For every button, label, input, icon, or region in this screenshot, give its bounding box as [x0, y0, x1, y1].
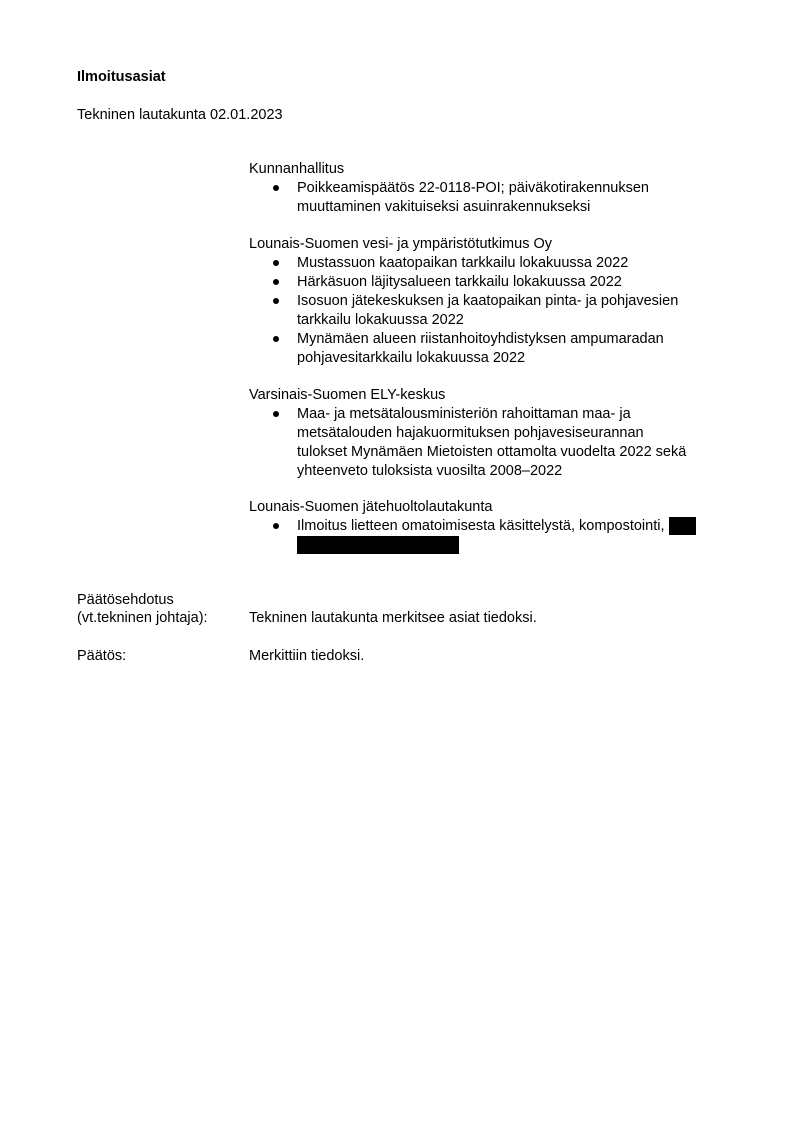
section-kunnanhallitus: Kunnanhallitus Poikkeamispäätös 22-0118-… — [249, 160, 649, 217]
list-item: Poikkeamispäätös 22-0118-POI; päiväkotir… — [249, 179, 649, 217]
redaction-block — [297, 536, 459, 554]
section-title: Kunnanhallitus — [249, 160, 649, 179]
section-title: Varsinais-Suomen ELY-keskus — [249, 386, 686, 405]
meeting-info: Tekninen lautakunta 02.01.2023 — [77, 106, 283, 125]
proposal-label: Päätösehdotus — [77, 591, 174, 610]
bullet-icon — [273, 523, 279, 529]
proposal-text: Tekninen lautakunta merkitsee asiat tied… — [249, 609, 537, 628]
page-title: Ilmoitusasiat — [77, 68, 166, 87]
bullet-icon — [273, 260, 279, 266]
section-ely-keskus: Varsinais-Suomen ELY-keskus Maa- ja mets… — [249, 386, 686, 481]
bullet-icon — [273, 336, 279, 342]
section-lounais-suomen-vesi: Lounais-Suomen vesi- ja ympäristötutkimu… — [249, 235, 678, 368]
list-item: Isosuon jätekeskuksen ja kaatopaikan pin… — [249, 292, 678, 330]
redaction-block — [669, 517, 696, 535]
decision-text: Merkittiin tiedoksi. — [249, 647, 364, 666]
proposal-role-label: (vt.tekninen johtaja): — [77, 609, 208, 628]
section-title: Lounais-Suomen jätehuoltolautakunta — [249, 498, 696, 517]
bullet-icon — [273, 411, 279, 417]
bullet-icon — [273, 279, 279, 285]
section-jatehuoltolautakunta: Lounais-Suomen jätehuoltolautakunta Ilmo… — [249, 498, 696, 555]
list-item: Ilmoitus lietteen omatoimisesta käsittel… — [249, 517, 696, 555]
bullet-icon — [273, 298, 279, 304]
section-title: Lounais-Suomen vesi- ja ympäristötutkimu… — [249, 235, 678, 254]
list-item: Mustassuon kaatopaikan tarkkailu lokakuu… — [249, 254, 678, 273]
list-item: Härkäsuon läjitysalueen tarkkailu lokaku… — [249, 273, 678, 292]
bullet-icon — [273, 185, 279, 191]
decision-label: Päätös: — [77, 647, 126, 666]
list-item: Maa- ja metsätalousministeriön rahoittam… — [249, 405, 686, 481]
list-item: Mynämäen alueen riistanhoitoyhdistyksen … — [249, 330, 678, 368]
